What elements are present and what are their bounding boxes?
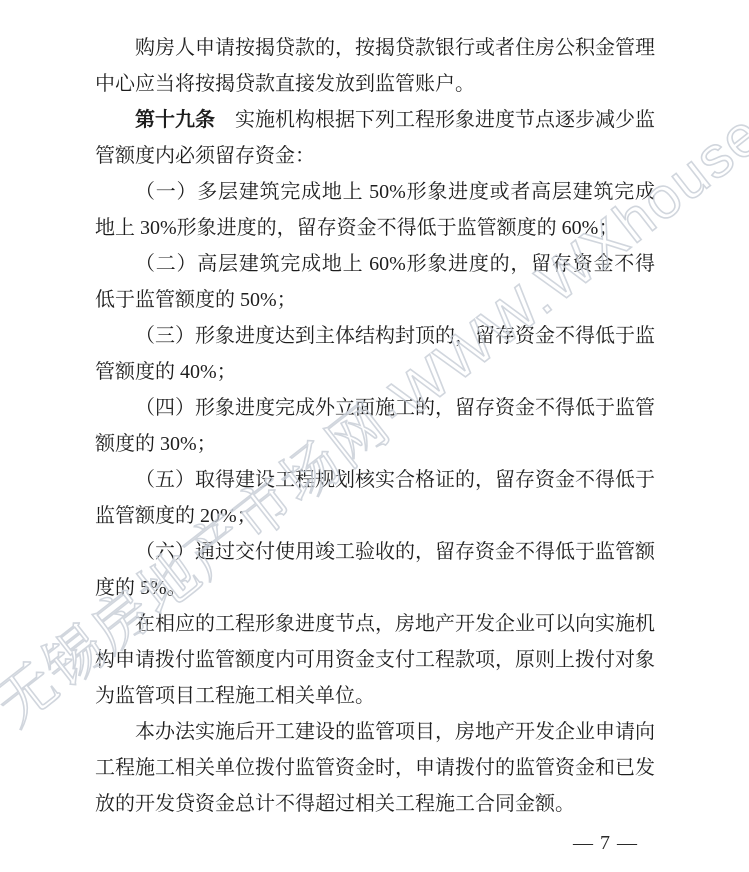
text-run: （二）高层建筑完成地上 60%形象进度的，留存资金不得低于监管额度的 50%；: [95, 253, 655, 311]
article-heading: 第十九条: [135, 109, 215, 131]
paragraph: 本办法实施后开工建设的监管项目，房地产开发企业申请向工程施工相关单位拨付监管资金…: [95, 714, 655, 822]
text-run: 购房人申请按揭贷款的，按揭贷款银行或者住房公积金管理中心应当将按揭贷款直接发放到…: [95, 37, 655, 95]
paragraph: 购房人申请按揭贷款的，按揭贷款银行或者住房公积金管理中心应当将按揭贷款直接发放到…: [95, 30, 655, 102]
paragraph: （三）形象进度达到主体结构封顶的，留存资金不得低于监管额度的 40%；: [95, 318, 655, 390]
text-run: （六）通过交付使用竣工验收的，留存资金不得低于监管额度的 5%。: [95, 541, 655, 599]
text-run: 本办法实施后开工建设的监管项目，房地产开发企业申请向工程施工相关单位拨付监管资金…: [95, 721, 655, 815]
paragraph: （六）通过交付使用竣工验收的，留存资金不得低于监管额度的 5%。: [95, 534, 655, 606]
text-run: （四）形象进度完成外立面施工的，留存资金不得低于监管额度的 30%；: [95, 397, 655, 455]
text-run: （一）多层建筑完成地上 50%形象进度或者高层建筑完成地上 30%形象进度的，留…: [95, 181, 655, 239]
page-number: — 7 —: [573, 830, 638, 856]
text-run: 在相应的工程形象进度节点，房地产开发企业可以向实施机构申请拨付监管额度内可用资金…: [95, 613, 655, 707]
paragraph: 在相应的工程形象进度节点，房地产开发企业可以向实施机构申请拨付监管额度内可用资金…: [95, 606, 655, 714]
document-page: 购房人申请按揭贷款的，按揭贷款银行或者住房公积金管理中心应当将按揭贷款直接发放到…: [0, 0, 749, 872]
paragraph: （一）多层建筑完成地上 50%形象进度或者高层建筑完成地上 30%形象进度的，留…: [95, 174, 655, 246]
paragraph: 第十九条 实施机构根据下列工程形象进度节点逐步减少监管额度内必须留存资金：: [95, 102, 655, 174]
paragraph: （二）高层建筑完成地上 60%形象进度的，留存资金不得低于监管额度的 50%；: [95, 246, 655, 318]
text-run: （五）取得建设工程规划核实合格证的，留存资金不得低于监管额度的 20%；: [95, 469, 655, 527]
paragraph: （四）形象进度完成外立面施工的，留存资金不得低于监管额度的 30%；: [95, 390, 655, 462]
text-run: （三）形象进度达到主体结构封顶的，留存资金不得低于监管额度的 40%；: [95, 325, 655, 383]
paragraph: （五）取得建设工程规划核实合格证的，留存资金不得低于监管额度的 20%；: [95, 462, 655, 534]
document-body: 购房人申请按揭贷款的，按揭贷款银行或者住房公积金管理中心应当将按揭贷款直接发放到…: [95, 30, 655, 822]
